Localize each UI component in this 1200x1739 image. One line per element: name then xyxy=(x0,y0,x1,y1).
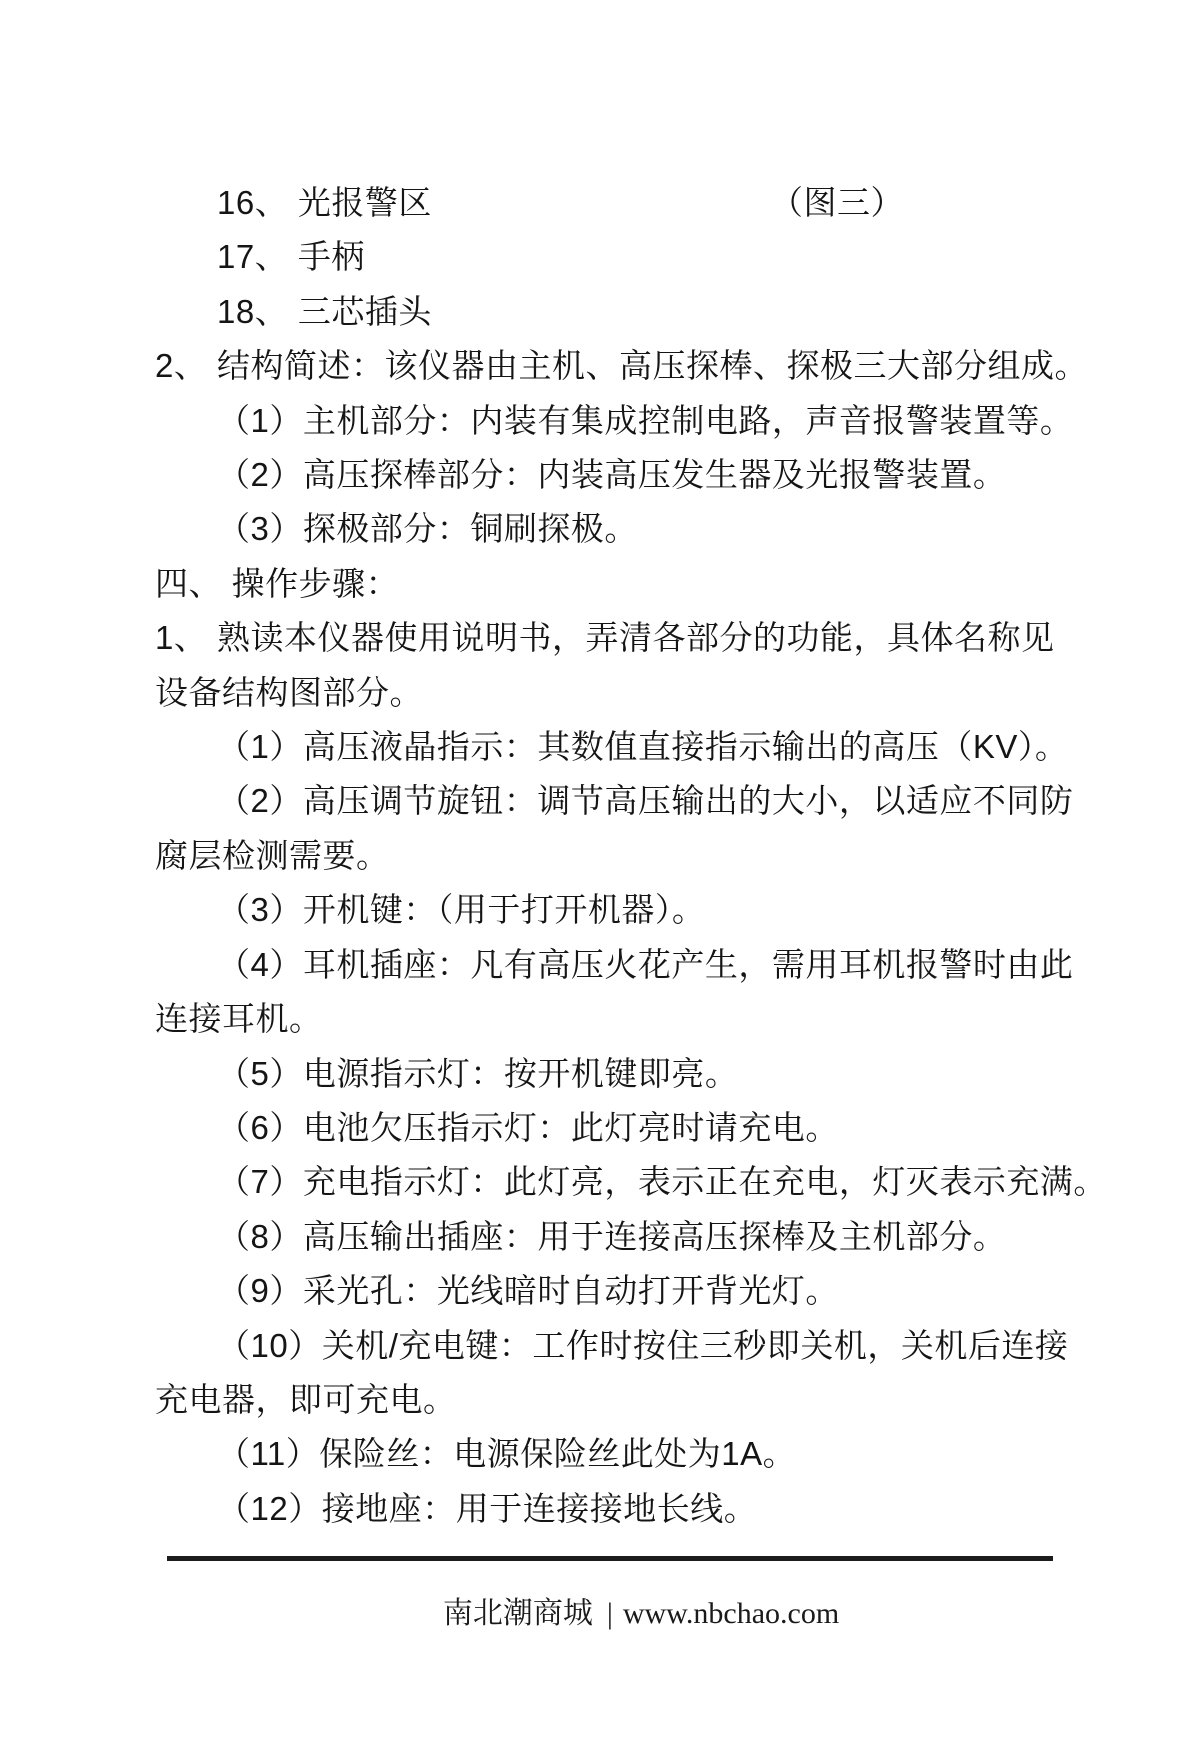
sub-item-5-power-light: （5）电源指示灯：按开机键即亮。 xyxy=(155,1047,1065,1101)
sub-item-10-continuation: 充电器，即可充电。 xyxy=(155,1373,1065,1427)
list-item-16-text: 16、 光报警区 xyxy=(217,184,432,221)
list-item-18: 18、 三芯插头 xyxy=(155,285,1065,339)
sub-item-7-charging-light: （7）充电指示灯：此灯亮，表示正在充电，灯灭表示充满。 xyxy=(155,1155,1065,1209)
sub-item-1-host-unit: （1）主机部分：内装有集成控制电路，声音报警装置等。 xyxy=(155,394,1065,448)
sub-item-10-off-charge-key: （10）关机/充电键：工作时按住三秒即关机，关机后连接 xyxy=(155,1319,1065,1373)
list-item-17: 17、 手柄 xyxy=(155,230,1065,284)
sub-item-1-lcd-indicator: （1）高压液晶指示：其数值直接指示输出的高压（KV）。 xyxy=(155,720,1065,774)
sub-item-4-earphone-jack: （4）耳机插座：凡有高压火花产生，需用耳机报警时由此 xyxy=(155,938,1065,992)
para-structure-overview: 2、 结构简述：该仪器由主机、高压探棒、探极三大部分组成。 xyxy=(155,339,1065,393)
sub-item-2-continuation: 腐层检测需要。 xyxy=(155,829,1065,883)
sub-item-3-power-on-key: （3）开机键：（用于打开机器）。 xyxy=(155,883,1065,937)
sub-item-9-light-sensor-hole: （9）采光孔：光线暗时自动打开背光灯。 xyxy=(155,1264,1065,1318)
footer-divider-line xyxy=(167,1556,1053,1561)
sub-item-8-hv-output-socket: （8）高压输出插座：用于连接高压探棒及主机部分。 xyxy=(155,1210,1065,1264)
figure-reference: （图三） xyxy=(770,176,904,230)
sub-item-2-hv-probe: （2）高压探棒部分：内装高压发生器及光报警装置。 xyxy=(155,448,1065,502)
sub-item-6-low-battery-light: （6）电池欠压指示灯：此灯亮时请充电。 xyxy=(155,1101,1065,1155)
footer-watermark: 南北潮商城|www.nbchao.com xyxy=(0,1588,1200,1632)
footer-url: www.nbchao.com xyxy=(623,1597,839,1630)
document-body: 16、 光报警区 （图三） 17、 手柄 18、 三芯插头 2、 结构简述：该仪… xyxy=(155,176,1065,1536)
sub-item-12-ground-socket: （12）接地座：用于连接接地长线。 xyxy=(155,1482,1065,1536)
para-step-1-continuation: 设备结构图部分。 xyxy=(155,666,1065,720)
footer-separator: | xyxy=(607,1597,613,1631)
list-item-16: 16、 光报警区 （图三） xyxy=(155,176,1065,230)
sub-item-4-continuation: 连接耳机。 xyxy=(155,992,1065,1046)
section-heading-operation-steps: 四、 操作步骤： xyxy=(155,557,1065,611)
sub-item-2-adjust-knob: （2）高压调节旋钮：调节高压输出的大小，以适应不同防 xyxy=(155,774,1065,828)
para-step-1: 1、 熟读本仪器使用说明书，弄清各部分的功能，具体名称见 xyxy=(155,611,1065,665)
sub-item-3-electrode: （3）探极部分：铜刷探极。 xyxy=(155,502,1065,556)
sub-item-11-fuse: （11）保险丝：电源保险丝此处为1A。 xyxy=(155,1427,1065,1481)
document-page: 16、 光报警区 （图三） 17、 手柄 18、 三芯插头 2、 结构简述：该仪… xyxy=(0,0,1200,1739)
footer-site-name: 南北潮商城 xyxy=(443,1597,593,1630)
